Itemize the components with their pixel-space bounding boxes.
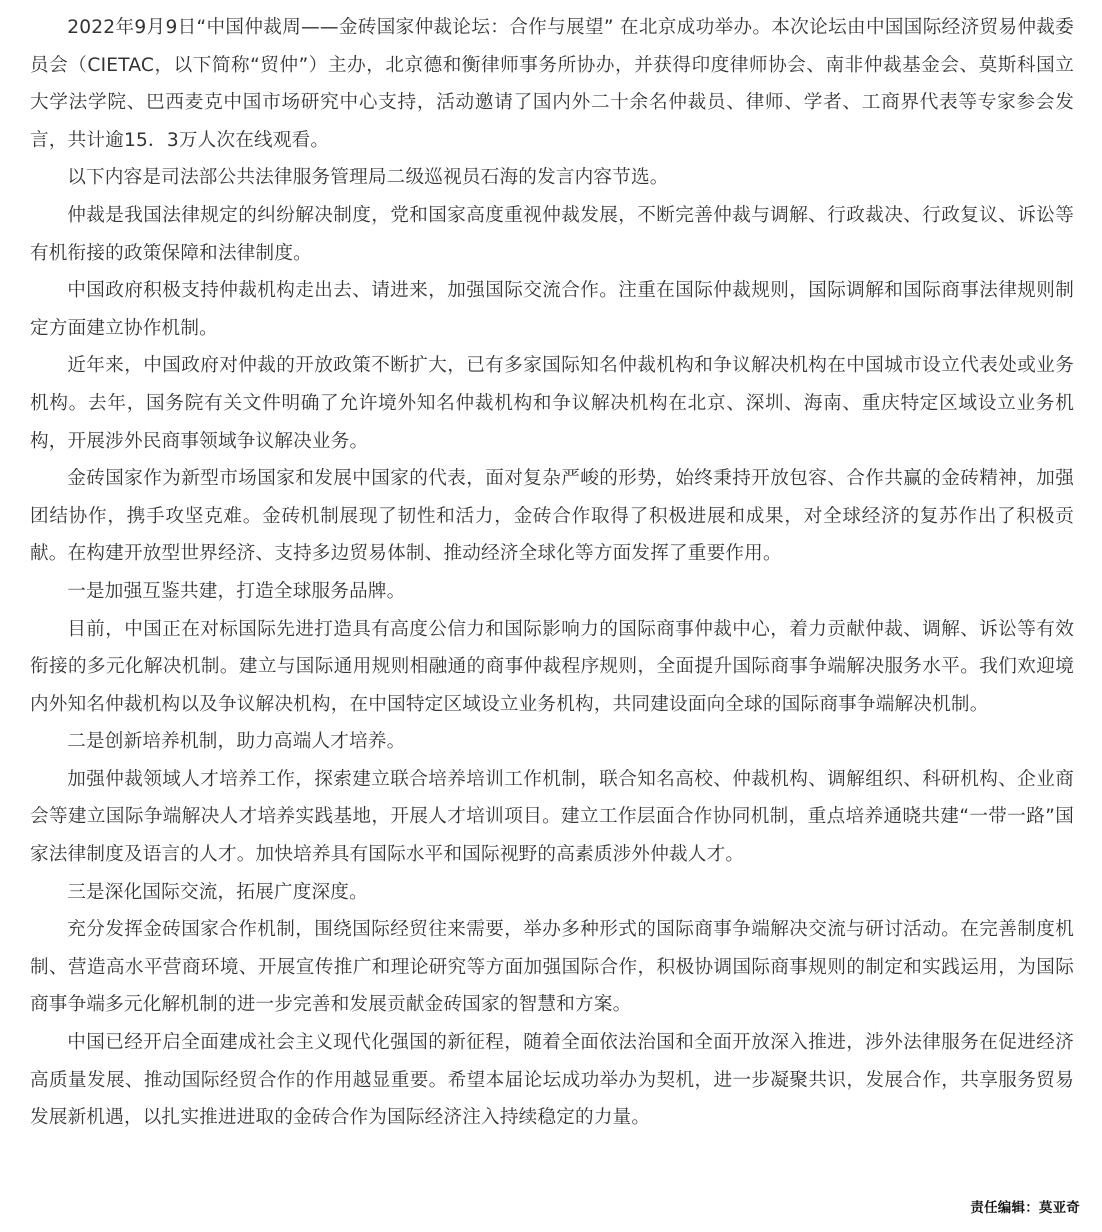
- paragraph-speaker-note: 以下内容是司法部公共法律服务管理局二级巡视员石海的发言内容节选。: [30, 159, 1074, 197]
- paragraph: 金砖国家作为新型市场国家和发展中国家的代表，面对复杂严峻的形势，始终秉持开放包容…: [30, 460, 1074, 573]
- paragraph: 加强仲裁领域人才培养工作，探索建立联合培养培训工作机制，联合知名高校、仲裁机构、…: [30, 761, 1074, 874]
- paragraph: 近年来，中国政府对仲裁的开放政策不断扩大，已有多家国际知名仲裁机构和争议解决机构…: [30, 347, 1074, 460]
- section-heading-3: 三是深化国际交流，拓展广度深度。: [30, 874, 1074, 912]
- paragraph-conclusion: 中国已经开启全面建成社会主义现代化强国的新征程，随着全面依法治国和全面开放深入推…: [30, 1024, 1074, 1137]
- paragraph: 仲裁是我国法律规定的纠纷解决制度，党和国家高度重视仲裁发展，不断完善仲裁与调解、…: [30, 197, 1074, 272]
- paragraph: 中国政府积极支持仲裁机构走出去、请进来，加强国际交流合作。注重在国际仲裁规则，国…: [30, 272, 1074, 347]
- paragraph: 目前，中国正在对标国际先进打造具有高度公信力和国际影响力的国际商事仲裁中心，着力…: [30, 611, 1074, 724]
- section-heading-2: 二是创新培养机制，助力高端人才培养。: [30, 723, 1074, 761]
- responsible-editor: 责任编辑：莫亚奇: [970, 1196, 1080, 1216]
- paragraph-intro: 2022年9月9日“中国仲裁周——金砖国家仲裁论坛：合作与展望” 在北京成功举办…: [30, 9, 1074, 159]
- article-body: 2022年9月9日“中国仲裁周——金砖国家仲裁论坛：合作与展望” 在北京成功举办…: [0, 0, 1102, 1137]
- section-heading-1: 一是加强互鉴共建，打造全球服务品牌。: [30, 573, 1074, 611]
- paragraph: 充分发挥金砖国家合作机制，围绕国际经贸往来需要，举办多种形式的国际商事争端解决交…: [30, 911, 1074, 1024]
